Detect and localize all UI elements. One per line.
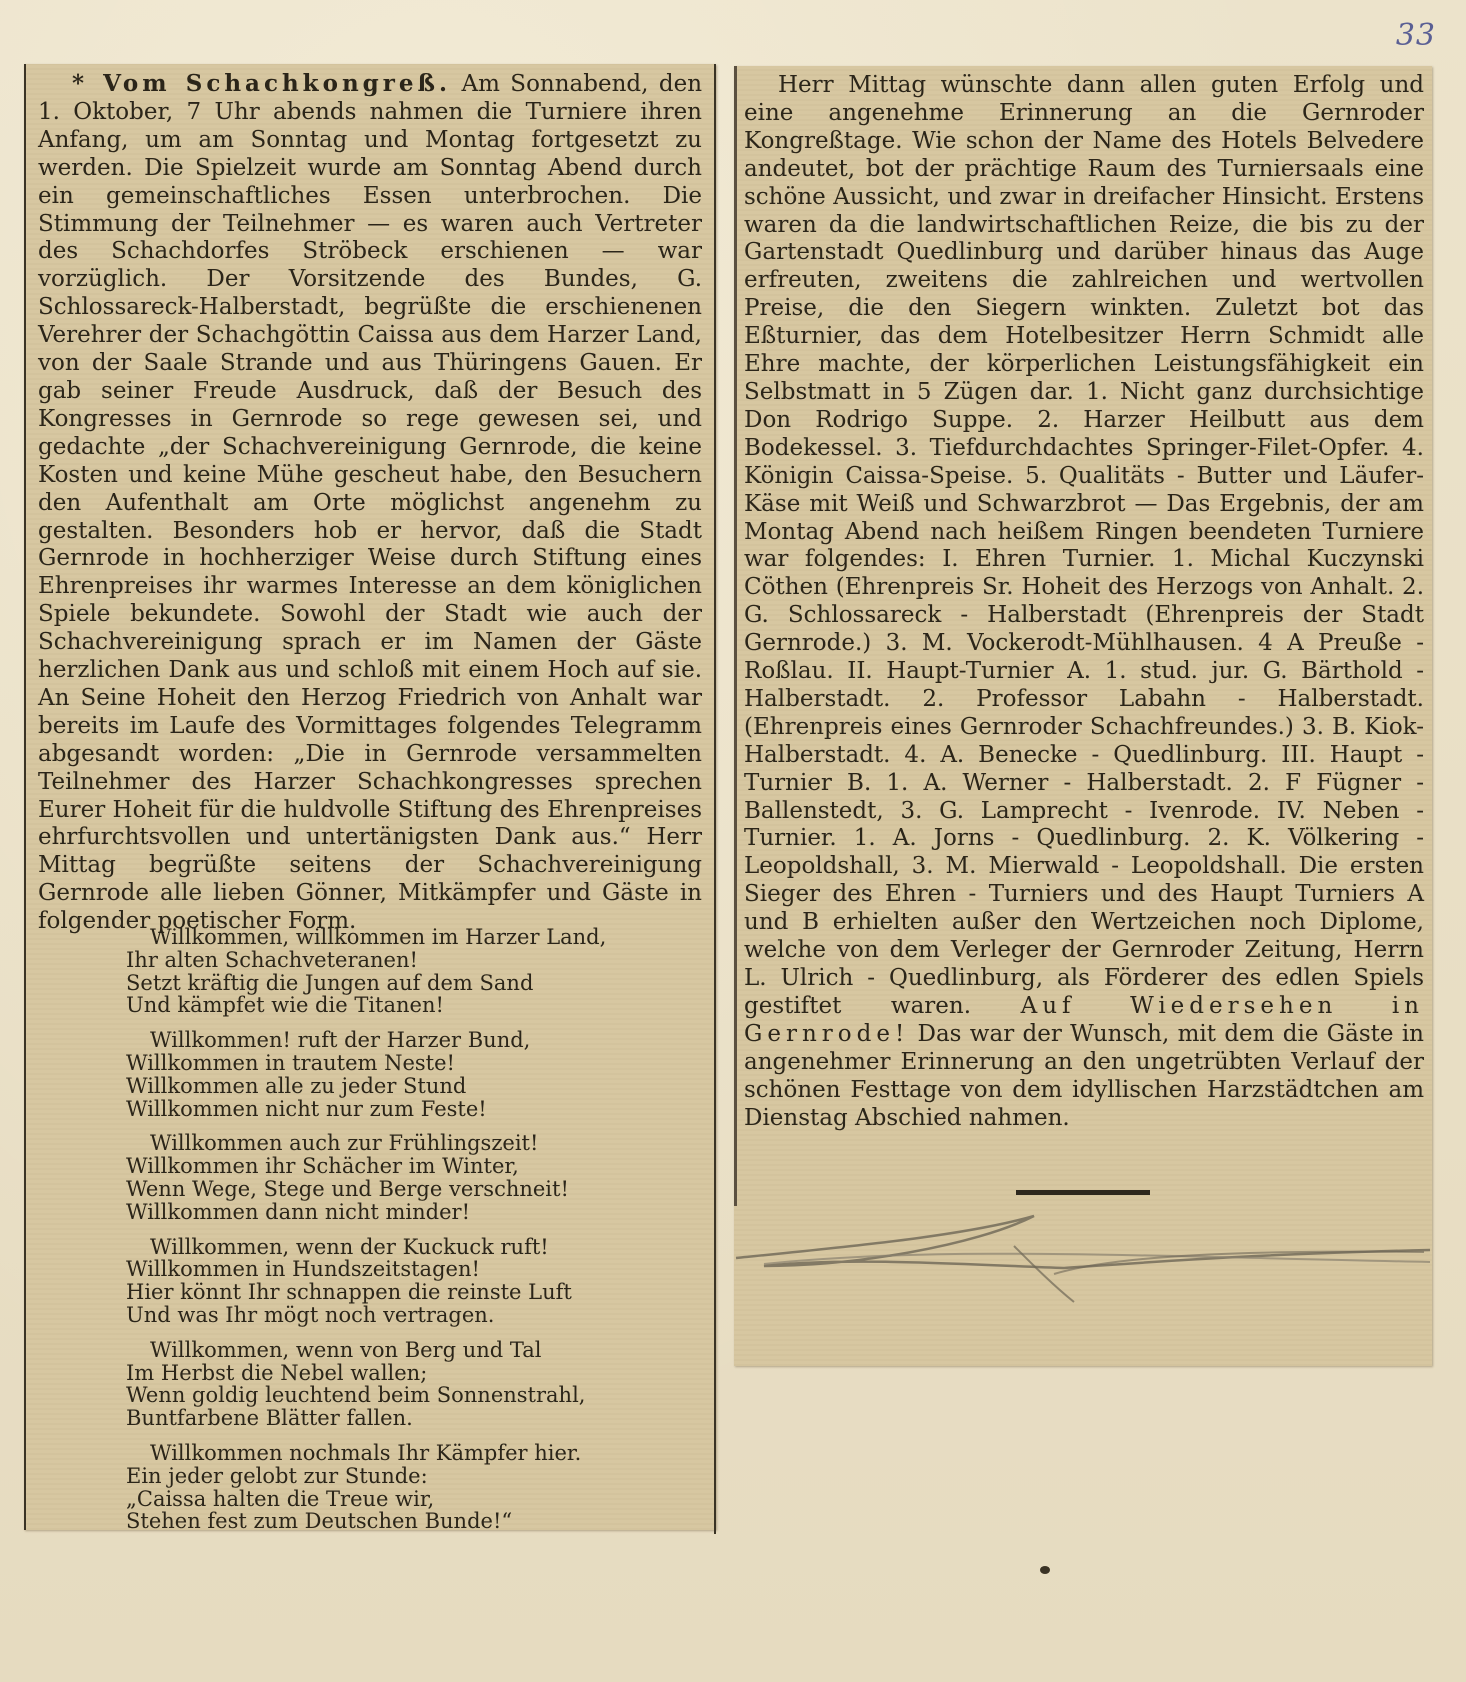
article-body-left: * Vom Schachkongreß. Am Sonnabend, den 1… bbox=[38, 70, 702, 936]
poem-line: Willkommen, wenn der Kuckuck ruft! bbox=[126, 1236, 646, 1259]
poem-line: Wenn goldig leuchtend beim Sonnenstrahl, bbox=[126, 1384, 646, 1407]
poem-line: Willkommen dann nicht minder! bbox=[126, 1201, 646, 1224]
poem-line: Und kämpfet wie die Titanen! bbox=[126, 994, 646, 1017]
article-headline: * Vom Schachkongreß. bbox=[72, 70, 451, 97]
article-body-right: Herr Mittag wünschte dann allen guten Er… bbox=[744, 72, 1424, 1132]
poem-line: Ein jeder gelobt zur Stunde: bbox=[126, 1465, 646, 1488]
poem-stanza: Willkommen, wenn der Kuckuck ruft! Willk… bbox=[126, 1236, 646, 1327]
poem-line: Hier könnt Ihr schnappen die reinste Luf… bbox=[126, 1281, 646, 1304]
pencil-scribble-icon bbox=[734, 1206, 1432, 1316]
poem-line: Willkommen nicht nur zum Feste! bbox=[126, 1098, 646, 1121]
album-page: 33 * Vom Schachkongreß. Am Sonnabend, de… bbox=[0, 0, 1466, 1682]
ink-spot bbox=[1040, 1566, 1050, 1574]
poem-line: Willkommen nochmals Ihr Kämpfer hier. bbox=[126, 1442, 646, 1465]
poem-stanza: Willkommen! ruft der Harzer Bund, Willko… bbox=[126, 1029, 646, 1120]
poem-stanza: Willkommen, willkommen im Harzer Land, I… bbox=[126, 926, 646, 1017]
poem-line: Willkommen ihr Schächer im Winter, bbox=[126, 1155, 646, 1178]
column-rule bbox=[734, 66, 737, 1206]
poem-stanza: Willkommen auch zur Frühlingszeit! Willk… bbox=[126, 1132, 646, 1223]
poem-stanza: Willkommen nochmals Ihr Kämpfer hier. Ei… bbox=[126, 1442, 646, 1533]
poem-line: Im Herbst die Nebel wallen; bbox=[126, 1362, 646, 1385]
article-paragraph: Am Sonnabend, den 1. Oktober, 7 Uhr aben… bbox=[38, 71, 702, 934]
poem-line: Buntfarbene Blätter fallen. bbox=[126, 1407, 646, 1430]
poem-stanza: Willkommen, wenn von Berg und Tal Im Her… bbox=[126, 1339, 646, 1430]
poem-line: Willkommen alle zu jeder Stund bbox=[126, 1075, 646, 1098]
poem-line: „Caissa halten die Treue wir, bbox=[126, 1488, 646, 1511]
article-paragraph: Herr Mittag wünschte dann allen guten Er… bbox=[744, 72, 1424, 1019]
poem-line: Stehen fest zum Deutschen Bunde!“ bbox=[126, 1510, 646, 1533]
newspaper-clipping-right: Herr Mittag wünschte dann allen guten Er… bbox=[734, 66, 1432, 1366]
poem-line: Und was Ihr mögt noch vertragen. bbox=[126, 1304, 646, 1327]
poem-line: Willkommen, wenn von Berg und Tal bbox=[126, 1339, 646, 1362]
poem-line: Setzt kräftig die Jungen auf dem Sand bbox=[126, 972, 646, 995]
poem-line: Willkommen in Hundszeitstagen! bbox=[126, 1258, 646, 1281]
poem-line: Wenn Wege, Stege und Berge verschneit! bbox=[126, 1178, 646, 1201]
poem-line: Willkommen, willkommen im Harzer Land, bbox=[126, 926, 646, 949]
article-end-rule bbox=[1016, 1190, 1150, 1195]
column-rule bbox=[714, 64, 716, 1534]
poem-line: Willkommen! ruft der Harzer Bund, bbox=[126, 1029, 646, 1052]
welcome-poem: Willkommen, willkommen im Harzer Land, I… bbox=[126, 926, 646, 1545]
newspaper-clipping-left: * Vom Schachkongreß. Am Sonnabend, den 1… bbox=[24, 64, 716, 1530]
poem-line: Willkommen in trautem Neste! bbox=[126, 1052, 646, 1075]
poem-line: Willkommen auch zur Frühlingszeit! bbox=[126, 1132, 646, 1155]
page-number: 33 bbox=[1396, 18, 1436, 53]
poem-line: Ihr alten Schachveteranen! bbox=[126, 949, 646, 972]
